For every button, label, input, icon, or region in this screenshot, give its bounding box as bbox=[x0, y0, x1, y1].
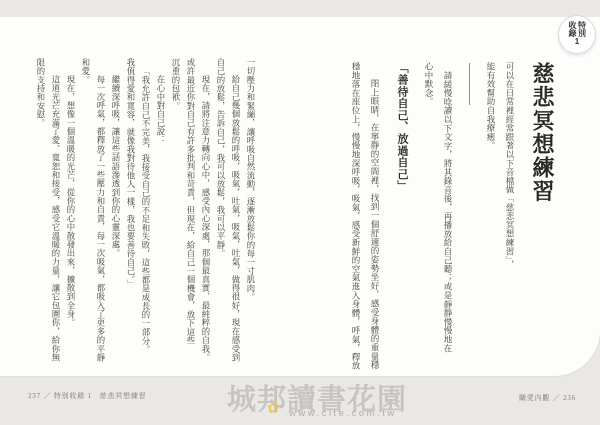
footer-right-page-number: 關愛內觀 ／ 236 bbox=[519, 393, 576, 403]
book-spread: 慈悲冥想練習 可以在日常裡經常跟著以下音檔做「慈悲冥想練習」，能有效幫助自我療癒… bbox=[0, 17, 600, 376]
text-column: 現在，請將注意力轉向心中，感受內心深處，那個最真實、最純粹的自我。 bbox=[198, 58, 213, 354]
badge-label-left: 收錄 bbox=[568, 21, 578, 37]
text-column: 給自己幾個放鬆的呼吸，吸氣，吐氣，吸氣，吐氣，做得很好，現在感受到 bbox=[228, 58, 243, 354]
footer-left-page-number: 237 ／ 特別收錄 1 慈悲冥想練習 bbox=[28, 391, 146, 401]
text-column: 限的支持和安慰。 bbox=[33, 58, 48, 354]
badge-label-right: 特別 bbox=[577, 21, 587, 37]
text-column: 現在，想像一個溫暖的光芒，從你的心中散發出來，擴散到全身。 bbox=[63, 58, 78, 354]
watermark-url: www.cite.com.tw bbox=[289, 408, 397, 419]
text-column: 心中默念。 bbox=[419, 62, 438, 354]
column-divider bbox=[457, 62, 481, 354]
text-column: 請緩慢唸讀以下文字，將其錄音後，再播放給自己聽；或是靜靜慢慢地在 bbox=[438, 62, 457, 354]
text-column: 我值得愛和寬容，就像我對待他人一樣，我也要善待自己。」 bbox=[123, 58, 138, 354]
text-column: 「我允許自己不完美，我接受自己的不足和失敗，這些都是成長的一部分。 bbox=[138, 58, 153, 354]
text-column: 閉上眼睛，在寧靜的空間裡，找到一個舒適的姿勢坐好，感受身體的重量穩 bbox=[365, 62, 384, 354]
text-column: 一切壓力和緊繃，讓呼吸自然流動，逐漸放鬆你的每一寸肌肉。 bbox=[243, 58, 258, 354]
text-column: 每一次呼氣，都釋放了一些壓力和自責，每一次吸氣，都吸入了更多的平靜 bbox=[93, 58, 108, 354]
flower-icon: ✿ bbox=[267, 402, 280, 417]
badge-number: 1 bbox=[575, 37, 579, 46]
text-column: 自己的放鬆，告訴自己，我可以放鬆，我可以平靜。 bbox=[213, 58, 228, 354]
text-column: 「善待自己、放過自己」 bbox=[390, 62, 413, 354]
page-title: 慈悲冥想練習 bbox=[527, 62, 558, 354]
text-column: 和愛。 bbox=[78, 58, 93, 354]
text-column: 這道光芒充滿了愛、寬恕和接受，感受它溫暖的力量，讓它包圍你，給你無 bbox=[48, 58, 63, 354]
text-column: 或許最近你對自己有許多批判和苛責，但現在，給自己一個機會，放下這些 bbox=[183, 58, 198, 354]
text-column: 可以在日常裡經常跟著以下音檔做「慈悲冥想練習」， bbox=[500, 62, 519, 354]
page-left-text: 一切壓力和緊繃，讓呼吸自然流動，逐漸放鬆你的每一寸肌肉。給自己幾個放鬆的呼吸，吸… bbox=[33, 58, 258, 354]
text-column: 沉重的包袱。 bbox=[168, 58, 183, 354]
badge-label: 特別 收錄 bbox=[568, 21, 587, 37]
text-column: 在心中對自己說： bbox=[153, 58, 168, 354]
text-column: 穩地落在座位上，慢慢地深呼吸，吸氣，感受新鮮的空氣進入身體，呼氣，釋放 bbox=[346, 62, 365, 354]
text-column: 能有效幫助自我療癒。 bbox=[481, 62, 500, 354]
text-column: 繼續深呼吸，讓這些話語滲透到你的心靈深處。 bbox=[108, 58, 123, 354]
page-right-text: 慈悲冥想練習 可以在日常裡經常跟著以下音檔做「慈悲冥想練習」，能有效幫助自我療癒… bbox=[346, 62, 558, 354]
special-feature-badge: 特別 收錄 1 bbox=[558, 15, 596, 54]
